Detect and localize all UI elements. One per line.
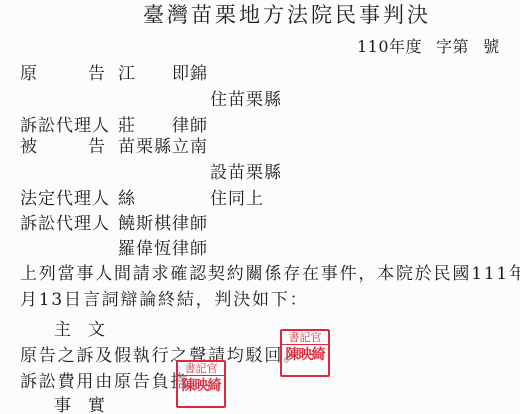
defendant-attorney-role: 訴訟代理人 [20, 214, 110, 234]
case-number: 110年度字第號 [357, 37, 500, 57]
defendant-address: 設苗栗縣 [210, 163, 282, 183]
plaintiff-role-char2: 告 [88, 64, 106, 84]
clerk-seal-1: 書記官 陳映綺 [280, 329, 330, 377]
plaintiff-role-char1: 原 [20, 64, 38, 84]
plaintiff-attorney-surname: 莊 [118, 116, 136, 136]
plaintiff-address: 住苗栗縣 [210, 90, 282, 110]
legal-representative-role: 法定代理人 [20, 189, 110, 209]
defendant-attorney-name-2: 羅偉恆律師 [118, 239, 208, 259]
clerk-seal-2: 書記官 陳映綺 [176, 360, 226, 408]
seal-name: 陳映綺 [182, 376, 221, 396]
main-text-line-1: 原告之訴及假執行之聲請均駁回。 [20, 346, 302, 366]
defendant-role-char2: 告 [88, 137, 106, 157]
document-title: 臺灣苗栗地方法院民事判決 [143, 3, 431, 27]
section-facts-char2: 實 [88, 396, 106, 414]
legal-representative-address: 住同上 [210, 189, 264, 209]
defendant-name: 苗栗縣立南 [118, 137, 208, 157]
legal-representative-name: 絲 [118, 189, 136, 209]
plaintiff-attorney-role: 訴訟代理人 [20, 116, 110, 136]
judgment-document: 臺灣苗栗地方法院民事判決 110年度字第號 原 告 江 即錦 住苗栗縣 訴訟代理… [0, 0, 520, 414]
defendant-attorney-name-1: 饒斯棋律師 [118, 214, 208, 234]
case-word: 字第 [436, 37, 469, 56]
seal-title: 書記官 [178, 362, 224, 376]
plaintiff-surname: 江 [118, 64, 136, 84]
intro-line-2: 月13日言詞辯論終結，判決如下： [20, 290, 308, 310]
section-facts-char1: 事 [54, 396, 72, 414]
plaintiff-given-name: 即錦 [172, 64, 208, 84]
seal-name: 陳映綺 [286, 345, 325, 365]
case-number-suffix: 號 [483, 37, 500, 56]
intro-line-1: 上列當事人間請求確認契約關係存在事件，本院於民國111年10 [20, 264, 520, 284]
seal-title: 書記官 [282, 331, 328, 345]
plaintiff-attorney-suffix: 律師 [172, 116, 208, 136]
section-main-char2: 文 [88, 320, 106, 340]
defendant-role-char1: 被 [20, 137, 38, 157]
case-year: 110年度 [357, 37, 422, 56]
section-main-char1: 主 [54, 320, 72, 340]
